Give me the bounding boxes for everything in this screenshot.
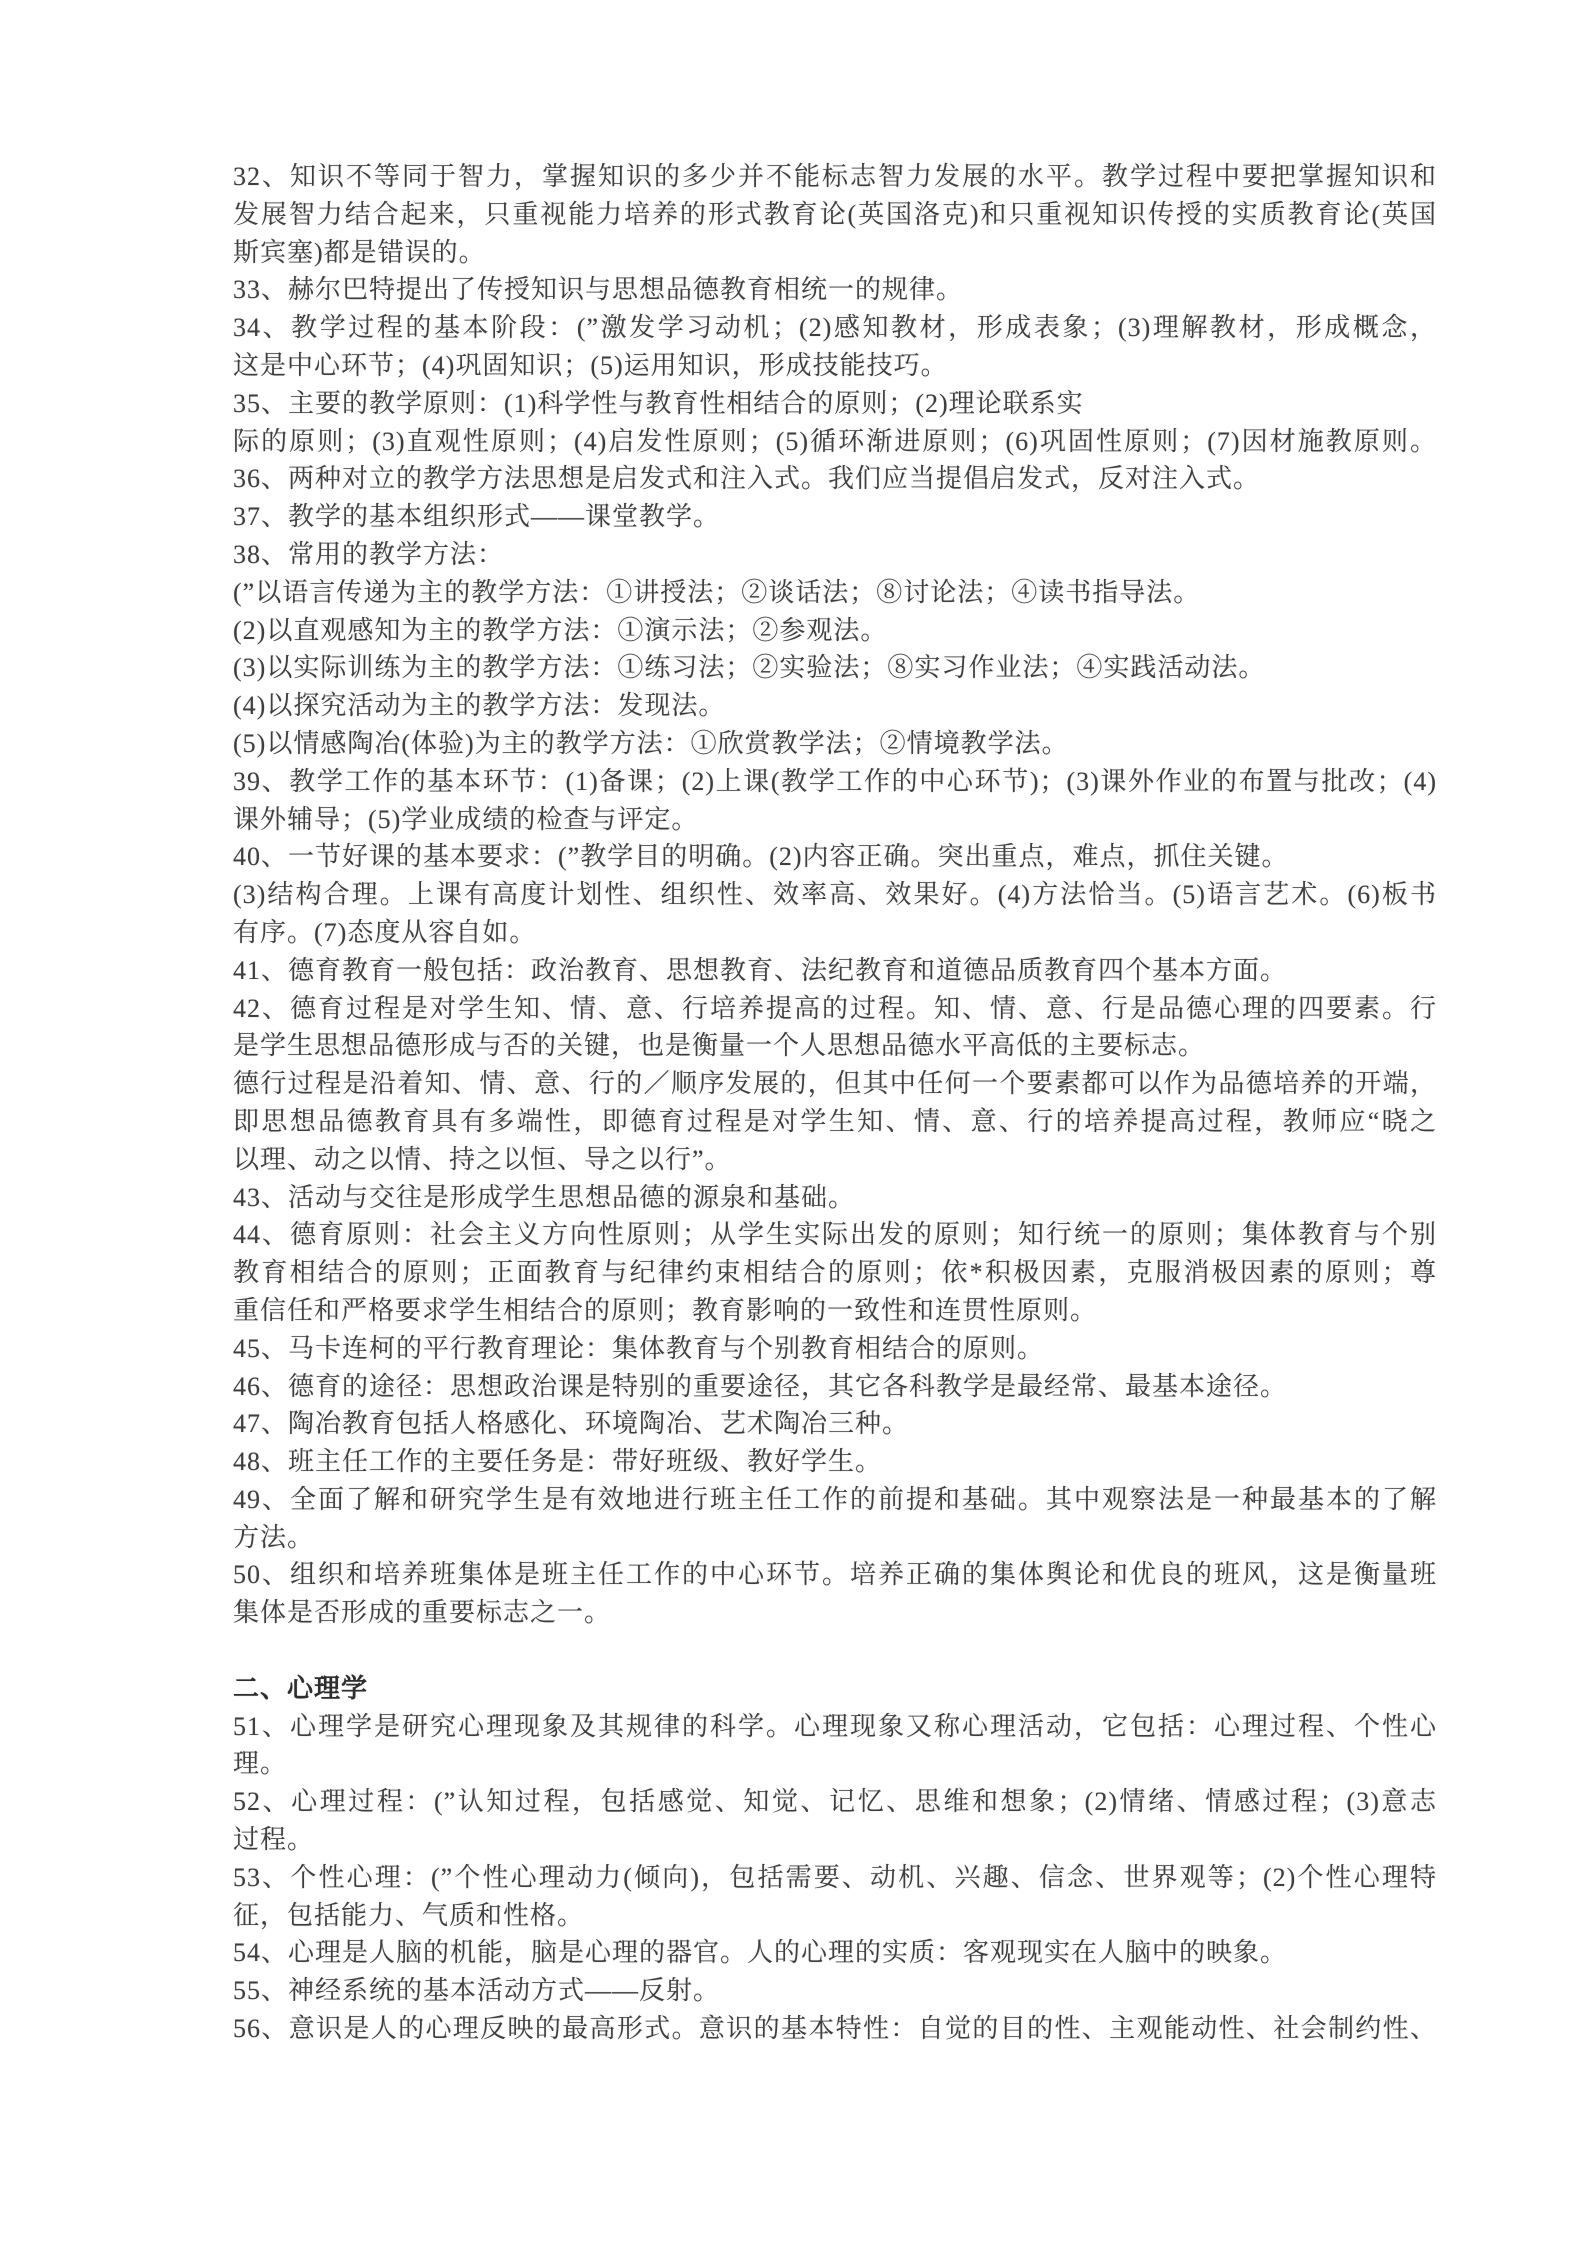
text-line: 47、陶冶教育包括人格感化、环境陶冶、艺术陶冶三种。 xyxy=(233,1405,1437,1443)
text-line: 方法。 xyxy=(233,1519,1437,1557)
document-text-block: 32、知识不等同于智力，掌握知识的多少并不能标志智力发展的水平。教学过程中要把掌… xyxy=(233,158,1437,2048)
text-line: 33、赫尔巴特提出了传授知识与思想品德教育相统一的规律。 xyxy=(233,271,1437,309)
text-line: 53、个性心理：(”个性心理动力(倾向)，包括需要、动机、兴趣、信念、世界观等；… xyxy=(233,1859,1437,1897)
text-line: 50、组织和培养班集体是班主任工作的中心环节。培养正确的集体舆论和优良的班风，这… xyxy=(233,1556,1437,1594)
text-line: 46、德育的途径：思想政治课是特别的重要途径，其它各科教学是最经常、最基本途径。 xyxy=(233,1368,1437,1406)
text-line: 48、班主任工作的主要任务是：带好班级、教好学生。 xyxy=(233,1443,1437,1481)
text-line: 42、德育过程是对学生知、情、意、行培养提高的过程。知、情、意、行是品德心理的四… xyxy=(233,990,1437,1028)
text-line: 55、神经系统的基本活动方式——反射。 xyxy=(233,1972,1437,2010)
text-line: 54、心理是人脑的机能，脑是心理的器官。人的心理的实质：客观现实在人脑中的映象。 xyxy=(233,1934,1437,1972)
text-line: 以理、动之以情、持之以恒、导之以行”。 xyxy=(233,1141,1437,1179)
text-line: 发展智力结合起来，只重视能力培养的形式教育论(英国洛克)和只重视知识传授的实质教… xyxy=(233,196,1437,234)
text-line: 43、活动与交往是形成学生思想品德的源泉和基础。 xyxy=(233,1179,1437,1217)
text-line: (4)以探究活动为主的教学方法：发现法。 xyxy=(233,687,1437,725)
scanned-document-page: 32、知识不等同于智力，掌握知识的多少并不能标志智力发展的水平。教学过程中要把掌… xyxy=(0,0,1594,2252)
text-line: 斯宾塞)都是错误的。 xyxy=(233,234,1437,272)
blank-line xyxy=(233,1632,1437,1670)
text-line: 课外辅导；(5)学业成绩的检查与评定。 xyxy=(233,801,1437,839)
text-line: 德行过程是沿着知、情、意、行的／顺序发展的，但其中任何一个要素都可以作为品德培养… xyxy=(233,1065,1437,1103)
text-line: 56、意识是人的心理反映的最高形式。意识的基本特性：自觉的目的性、主观能动性、社… xyxy=(233,2010,1437,2048)
text-line: 35、主要的教学原则：(1)科学性与教育性相结合的原则；(2)理论联系实 xyxy=(233,385,1437,423)
text-line: 即思想品德教育具有多端性，即德育过程是对学生知、情、意、行的培养提高过程，教师应… xyxy=(233,1103,1437,1141)
text-line: (3)结构合理。上课有高度计划性、组织性、效率高、效果好。(4)方法恰当。(5)… xyxy=(233,876,1437,914)
text-line: 51、心理学是研究心理现象及其规律的科学。心理现象又称心理活动，它包括：心理过程… xyxy=(233,1708,1437,1746)
text-line: 有序。(7)态度从容自如。 xyxy=(233,914,1437,952)
text-line: 过程。 xyxy=(233,1821,1437,1859)
text-line: 教育相结合的原则；正面教育与纪律约束相结合的原则；依*积极因素，克服消极因素的原… xyxy=(233,1254,1437,1292)
text-line: 32、知识不等同于智力，掌握知识的多少并不能标志智力发展的水平。教学过程中要把掌… xyxy=(233,158,1437,196)
text-line: 44、德育原则：社会主义方向性原则；从学生实际出发的原则；知行统一的原则；集体教… xyxy=(233,1216,1437,1254)
text-line: 重信任和严格要求学生相结合的原则；教育影响的一致性和连贯性原则。 xyxy=(233,1292,1437,1330)
text-line: (2)以直观感知为主的教学方法：①演示法；②参观法。 xyxy=(233,612,1437,650)
text-line: 集体是否形成的重要标志之一。 xyxy=(233,1594,1437,1632)
text-line: 49、全面了解和研究学生是有效地进行班主任工作的前提和基础。其中观察法是一种最基… xyxy=(233,1481,1437,1519)
text-line: 征，包括能力、气质和性格。 xyxy=(233,1897,1437,1935)
text-line: (3)以实际训练为主的教学方法：①练习法；②实验法；⑧实习作业法；④实践活动法。 xyxy=(233,649,1437,687)
text-line: (”以语言传递为主的教学方法：①讲授法；②谈话法；⑧讨论法；④读书指导法。 xyxy=(233,574,1437,612)
text-line: (5)以情感陶冶(体验)为主的教学方法：①欣赏教学法；②情境教学法。 xyxy=(233,725,1437,763)
text-line: 际的原则；(3)直观性原则；(4)启发性原则；(5)循环渐进原则；(6)巩固性原… xyxy=(233,423,1437,461)
section-heading: 二、心理学 xyxy=(233,1670,1437,1708)
text-line: 45、马卡连柯的平行教育理论：集体教育与个别教育相结合的原则。 xyxy=(233,1330,1437,1368)
text-line: 39、教学工作的基本环节：(1)备课；(2)上课(教学工作的中心环节)；(3)课… xyxy=(233,763,1437,801)
text-line: 34、教学过程的基本阶段：(”激发学习动机；(2)感知教材，形成表象；(3)理解… xyxy=(233,309,1437,347)
text-line: 理。 xyxy=(233,1745,1437,1783)
text-line: 37、教学的基本组织形式——课堂教学。 xyxy=(233,498,1437,536)
text-line: 36、两种对立的教学方法思想是启发式和注入式。我们应当提倡启发式，反对注入式。 xyxy=(233,460,1437,498)
text-line: 52、心理过程：(”认知过程，包括感觉、知觉、记忆、思维和想象；(2)情绪、情感… xyxy=(233,1783,1437,1821)
text-line: 41、德育教育一般包括：政治教育、思想教育、法纪教育和道德品质教育四个基本方面。 xyxy=(233,952,1437,990)
text-line: 这是中心环节；(4)巩固知识；(5)运用知识，形成技能技巧。 xyxy=(233,347,1437,385)
text-line: 40、一节好课的基本要求：(”教学目的明确。(2)内容正确。突出重点，难点，抓住… xyxy=(233,838,1437,876)
text-line: 38、常用的教学方法： xyxy=(233,536,1437,574)
text-line: 是学生思想品德形成与否的关键，也是衡量一个人思想品德水平高低的主要标志。 xyxy=(233,1027,1437,1065)
